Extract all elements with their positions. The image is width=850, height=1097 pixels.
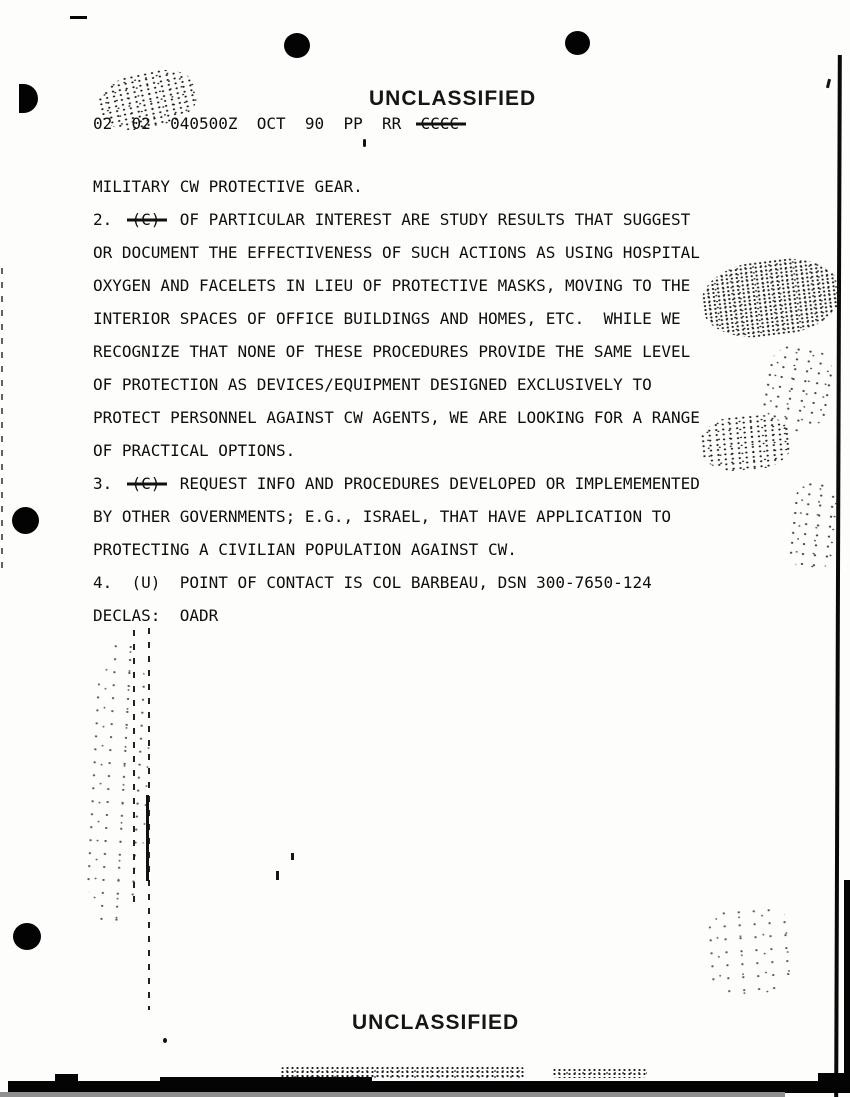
punch-hole-left-middle [12,507,39,534]
body-line: INTERIOR SPACES OF OFFICE BUILDINGS AND … [93,302,700,335]
punch-hole-left-bottom [13,923,41,950]
body-line: OXYGEN AND FACELETS IN LIEU OF PROTECTIV… [93,269,700,302]
body-line-text: BY OTHER GOVERNMENTS; E.G., ISRAEL, THAT… [93,507,671,526]
body-line: OF PRACTICAL OPTIONS. [93,434,700,467]
noise-cluster-bottom-right [701,902,803,1000]
message-body: MILITARY CW PROTECTIVE GEAR.2. (C) OF PA… [93,170,700,632]
body-line-text: MILITARY CW PROTECTIVE GEAR. [93,177,363,196]
punch-hole-top-right [565,31,590,55]
struck-routing-code: CCCC [421,114,460,133]
body-line-text: RECOGNIZE THAT NONE OF THESE PROCEDURES … [93,342,690,361]
noise-column-left [78,639,155,932]
body-line: RECOGNIZE THAT NONE OF THESE PROCEDURES … [93,335,700,368]
stray-tick-mid-left [291,853,294,860]
noise-cluster-right-large [698,252,844,344]
body-line-text: INTERIOR SPACES OF OFFICE BUILDINGS AND … [93,309,681,328]
body-line: DECLAS: OADR [93,599,700,632]
body-line: PROTECT PERSONNEL AGAINST CW AGENTS, WE … [93,401,700,434]
left-edge-dashes [1,268,3,568]
body-line: PROTECTING A CIVILIAN POPULATION AGAINST… [93,533,700,566]
bottom-scan-bar-shadow [0,1092,785,1097]
body-line-text: PROTECT PERSONNEL AGAINST CW AGENTS, WE … [93,408,700,427]
punch-hole-left-top [19,84,38,113]
body-line: 3. (C) REQUEST INFO AND PROCEDURES DEVEL… [93,467,700,500]
right-edge-dark-strip [844,880,850,1090]
body-line-text: OR DOCUMENT THE EFFECTIVENESS OF SUCH AC… [93,243,700,262]
body-line: 4. (U) POINT OF CONTACT IS COL BARBEAU, … [93,566,700,599]
body-line-text: PROTECTING A CIVILIAN POPULATION AGAINST… [93,540,517,559]
stray-dot-bottom-left [163,1038,167,1043]
crease-line-solid-segment [146,795,149,881]
struck-classification-mark: (C) [132,467,161,500]
bottom-hatch-noise-2 [552,1068,647,1078]
struck-classification-mark: (C) [132,203,161,236]
stray-tick-top-right [826,79,831,88]
right-edge-scan-line [834,55,842,1097]
body-line-text: 4. (U) POINT OF CONTACT IS COL BARBEAU, … [93,573,652,592]
crease-line-left [133,630,135,910]
body-line-text: OF PROTECTION AS DEVICES/EQUIPMENT DESIG… [93,375,652,394]
body-line: OF PROTECTION AS DEVICES/EQUIPMENT DESIG… [93,368,700,401]
body-line: 2. (C) OF PARTICULAR INTEREST ARE STUDY … [93,203,700,236]
scanned-message-page: UNCLASSIFIED 02 02 040500Z OCT 90 PP RR … [0,0,850,1097]
classification-footer: UNCLASSIFIED [352,1011,519,1035]
body-line-text: REQUEST INFO AND PROCEDURES DEVELOPED OR… [160,474,699,493]
body-line-text: DECLAS: OADR [93,606,218,625]
body-line-text: OF PRACTICAL OPTIONS. [93,441,295,460]
stray-dash-top-left [70,16,87,19]
body-line: BY OTHER GOVERNMENTS; E.G., ISRAEL, THAT… [93,500,700,533]
stray-comma-header [363,139,366,147]
classification-header: UNCLASSIFIED [369,87,536,111]
body-line: MILITARY CW PROTECTIVE GEAR. [93,170,700,203]
punch-hole-top-left [284,33,310,58]
noise-cluster-right-range [698,411,795,475]
stray-colon-mid-left [276,871,279,880]
body-line: OR DOCUMENT THE EFFECTIVENESS OF SUCH AC… [93,236,700,269]
body-line-text: OXYGEN AND FACELETS IN LIEU OF PROTECTIV… [93,276,690,295]
body-line-text: OF PARTICULAR INTEREST ARE STUDY RESULTS… [160,210,690,229]
